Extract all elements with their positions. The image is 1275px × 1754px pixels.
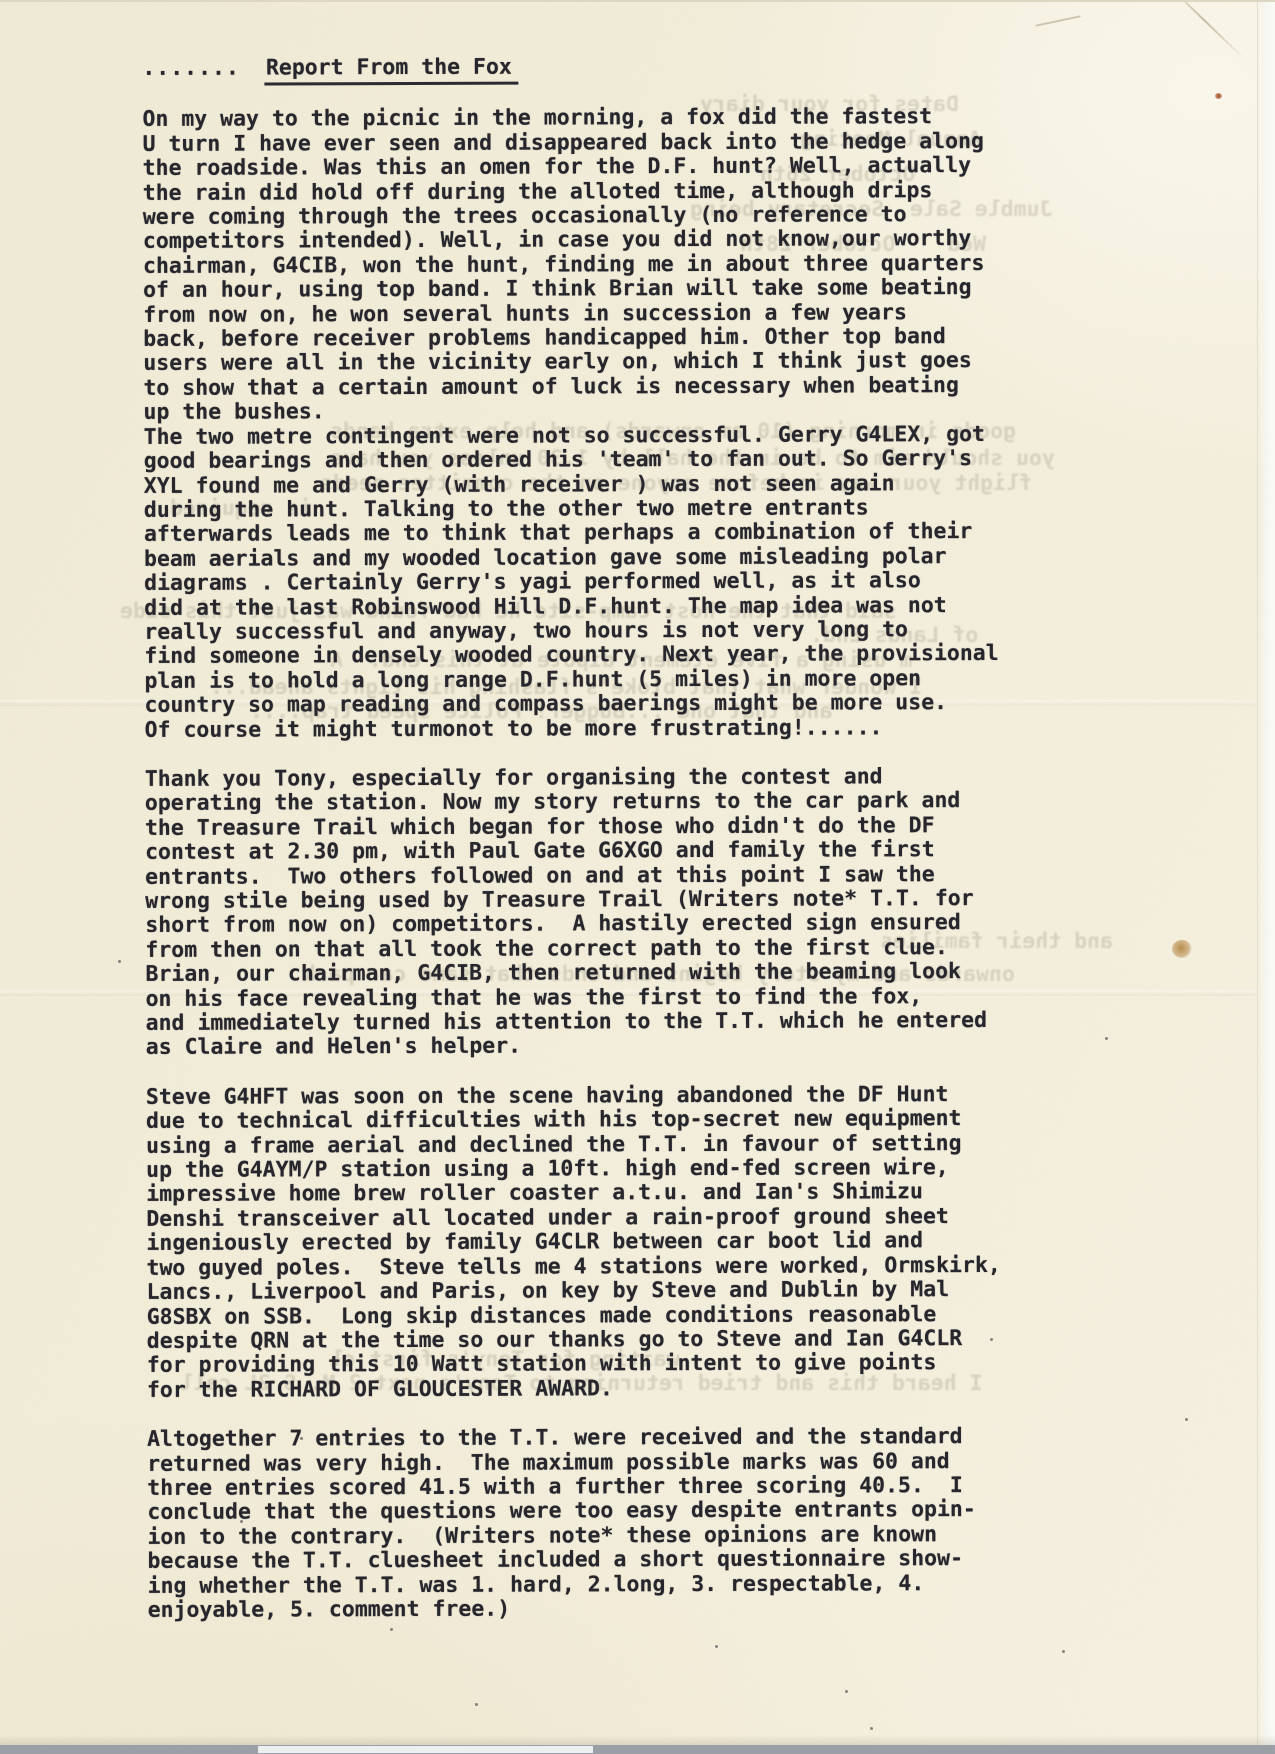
report-paragraph-1: On my way to the picnic in the morning, … [142,104,1248,425]
report-title: Report From the Fox [264,56,518,86]
paper-speck [118,960,121,963]
corner-fold-crease [1165,0,1246,60]
report-paragraph-3: Thank you Tony, especially for organisin… [145,764,1251,1061]
paper-speck [390,1628,393,1631]
scan-edge-top [0,0,1275,2]
paper-speck [870,1727,873,1730]
corner-fold-crease [1035,15,1080,27]
report-paragraph-5: Altogether 7 entries to the T.T. were re… [147,1424,1253,1623]
scan-edge-bottom-highlight [258,1746,593,1753]
report-paragraph-2: The two metre contingent were not so suc… [144,422,1250,743]
scan-edge-shadow [0,1735,1275,1745]
paper-speck [845,1690,848,1693]
paper-speck [1062,1650,1065,1653]
paper-speck [715,1645,718,1648]
paper-speck [475,1703,478,1706]
report-paragraph-4: Steve G4HFT was soon on the scene having… [146,1082,1252,1403]
report-title-row: .......Report From the Fox [142,53,1247,86]
title-leader-dots: ....... [142,56,240,81]
scan-edge-right [1257,0,1275,1754]
typewritten-report: .......Report From the Fox On my way to … [142,53,1252,1623]
scan-edge-bottom [0,1745,1275,1754]
scanned-newsletter-page: Dates for your diary Annual Meeting Octo… [0,0,1275,1754]
